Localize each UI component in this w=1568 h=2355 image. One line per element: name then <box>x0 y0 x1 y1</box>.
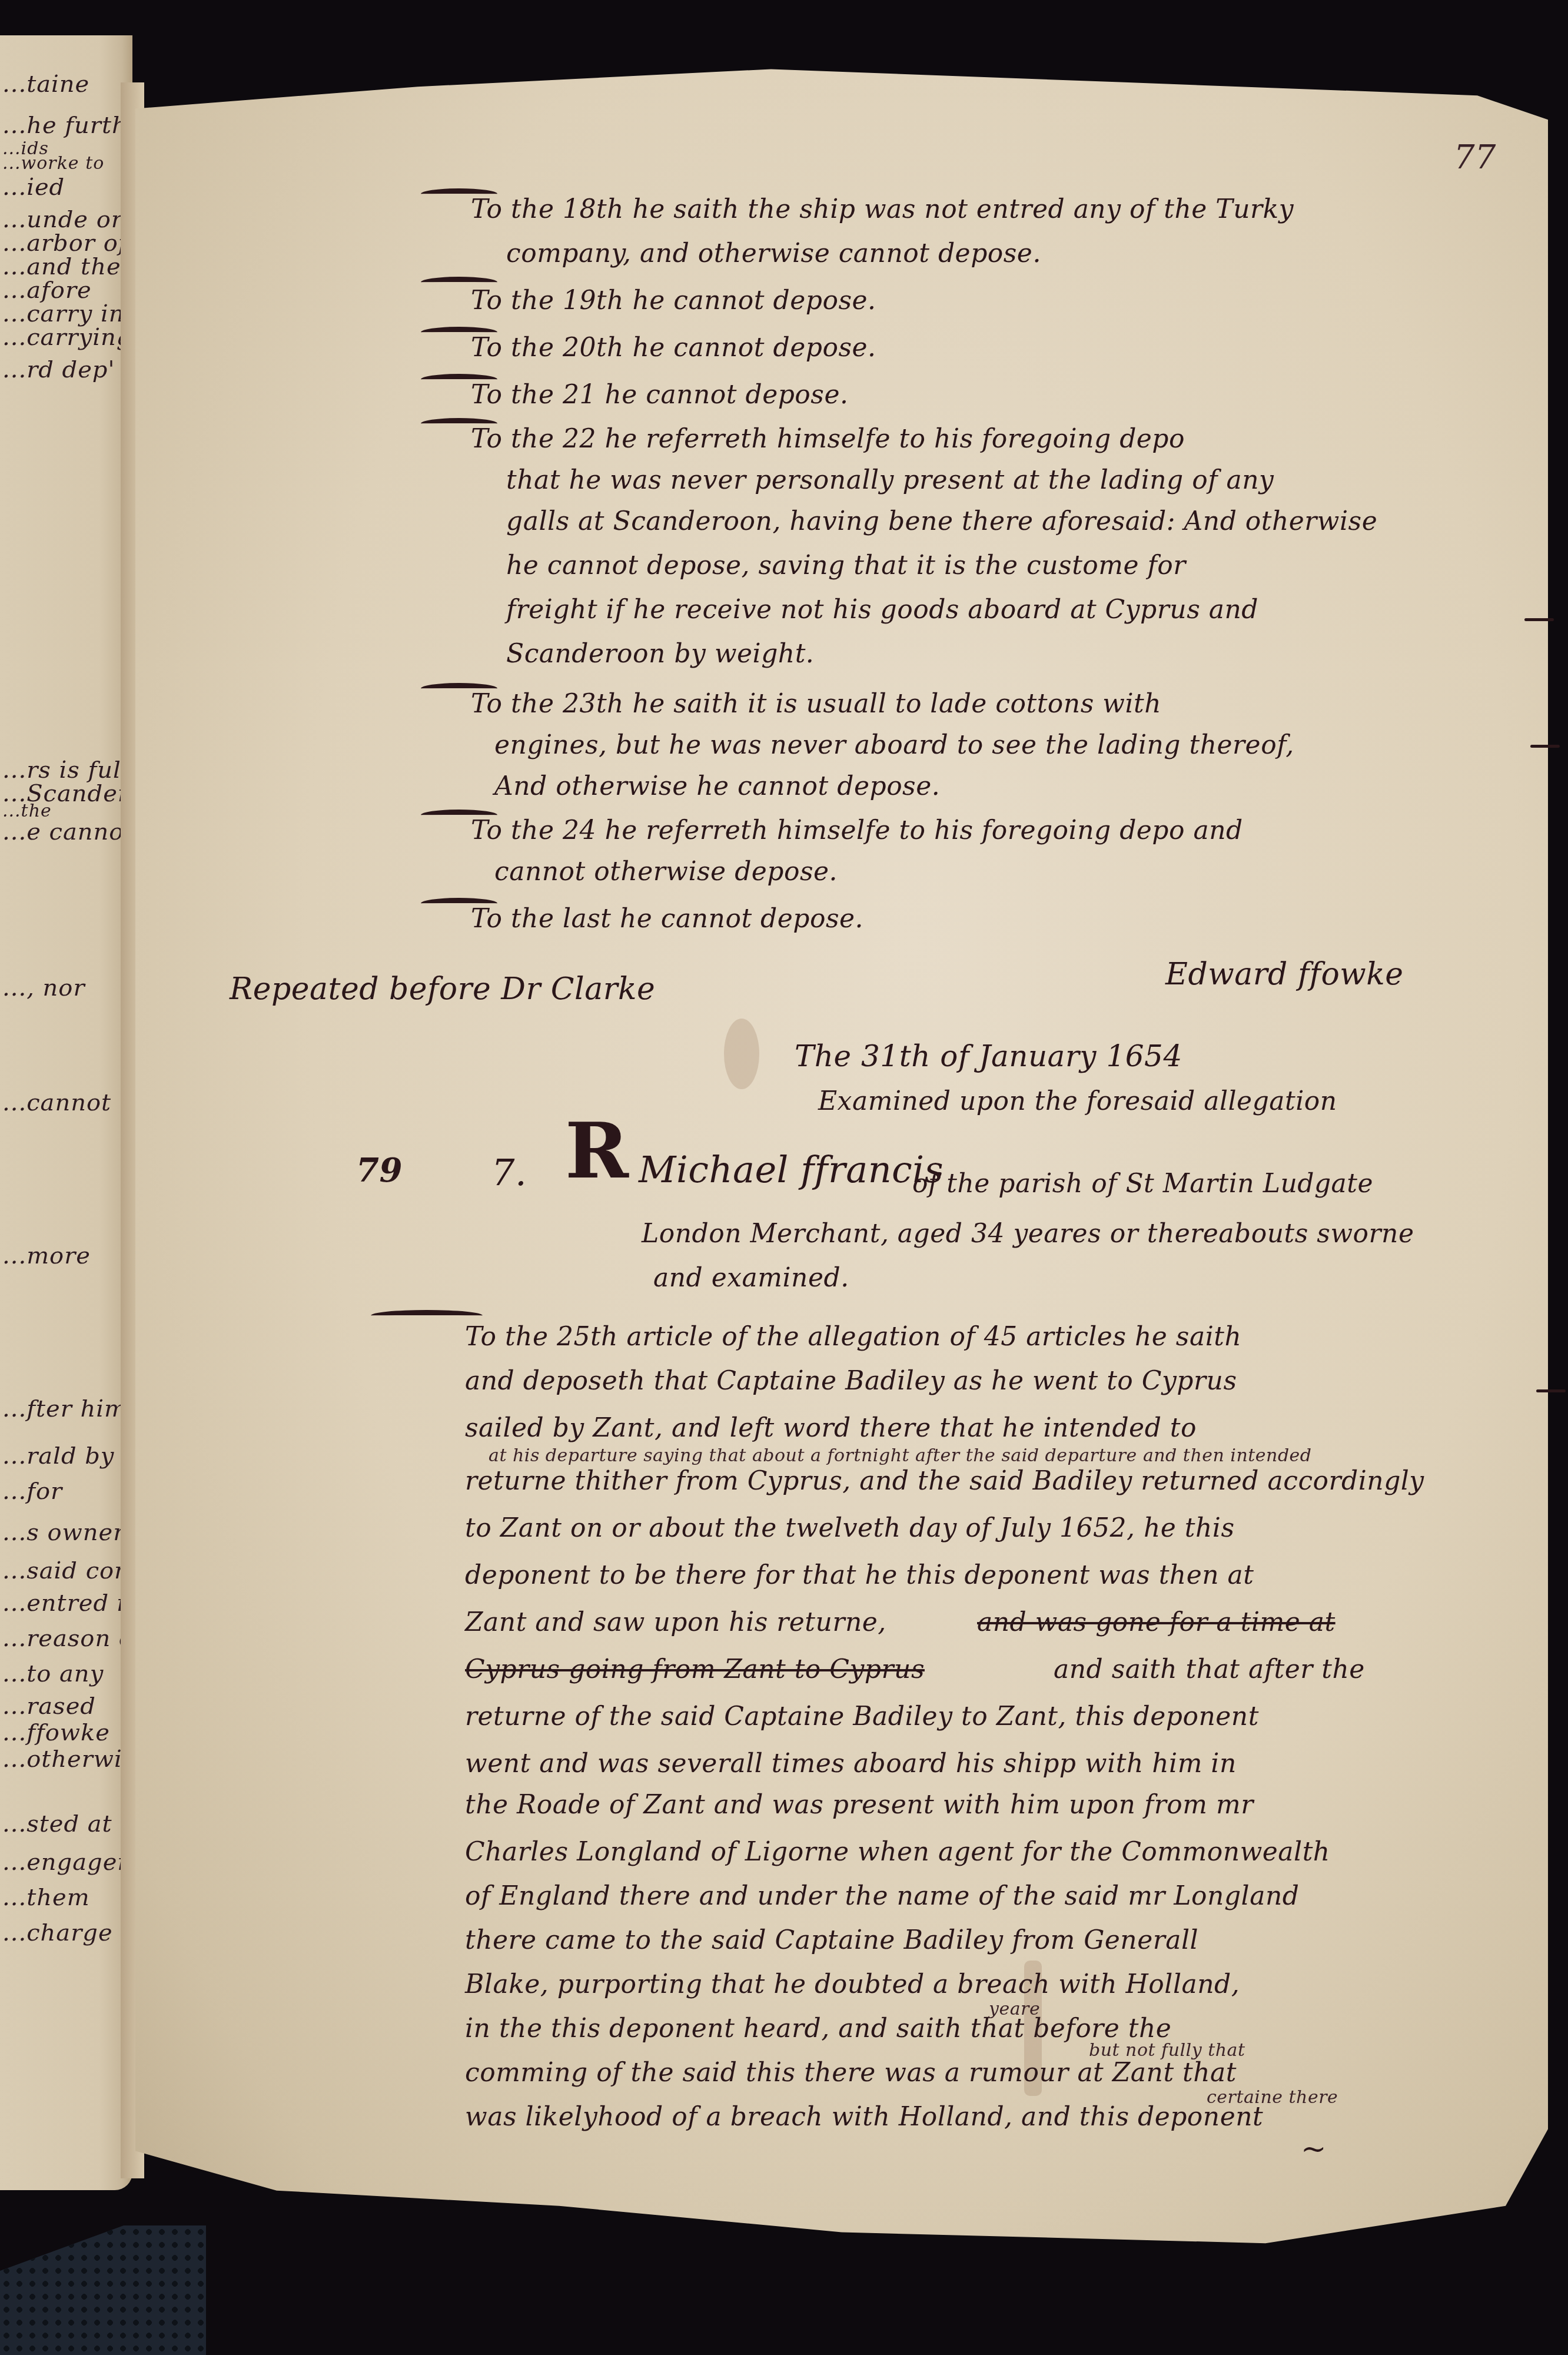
article-25-line-10: went and was severall times aboard his s… <box>465 1749 1237 1779</box>
left-fragment: ...to any <box>2 1660 104 1687</box>
article-25-line-14: there came to the said Captaine Badiley … <box>465 1925 1198 1955</box>
left-fragment: ...for <box>2 1478 62 1505</box>
left-fragment: ...engagement <box>2 1849 132 1876</box>
answer-21: To the 21 he cannot depose. <box>471 380 848 410</box>
left-fragment: ...fter hims <box>2 1395 132 1422</box>
article-25-line-16: in the this deponent heard, and saith th… <box>465 2014 1171 2044</box>
answer-22-line-3: galls at Scanderoon, having bene there a… <box>506 506 1377 536</box>
witness-number: 7. <box>491 1151 527 1194</box>
left-facing-page: ...taine ...he further ...ids ...worke t… <box>0 35 132 2190</box>
answer-23-line-2: engines, but he was never aboard to see … <box>494 730 1294 760</box>
witness-description-2: London Merchant, aged 34 yeares or there… <box>642 1219 1414 1249</box>
answer-22-line-1: To the 22 he referreth himselfe to his f… <box>471 424 1185 454</box>
deponent-signature: Edward ffowke <box>1165 957 1404 992</box>
left-fragment: ...he further <box>2 112 132 139</box>
left-fragment: ...worke to <box>2 153 104 174</box>
line-filler-dash <box>1536 1389 1566 1392</box>
left-fragment: ...s owner <box>2 1519 125 1546</box>
left-fragment: ..., nor <box>2 974 85 1001</box>
answer-18-line-2: company, and otherwise cannot depose. <box>506 238 1041 268</box>
date-heading: The 31th of January 1654 <box>795 1039 1182 1073</box>
paper-stain <box>724 1019 759 1089</box>
article-25-line-11: the Roade of Zant and was present with h… <box>465 1790 1254 1820</box>
article-25-line-2: and deposeth that Captaine Badiley as he… <box>465 1366 1237 1396</box>
article-25-line-1: To the 25th article of the allegation of… <box>465 1322 1241 1352</box>
witness-name: Michael ffrancis <box>639 1148 944 1191</box>
answer-20: To the 20th he cannot depose. <box>471 333 876 363</box>
cloth-background <box>0 2225 206 2355</box>
decorated-initial: R <box>565 1113 629 1189</box>
left-fragment: ...them <box>2 1884 90 1911</box>
article-25-line-18: was likelyhood of a breach with Holland,… <box>465 2102 1263 2132</box>
answer-24-line-2: cannot otherwise depose. <box>494 857 838 887</box>
article-25-line-7-struck: and was gone for a time at <box>977 1607 1336 1637</box>
left-fragment: ...rd dep' <box>2 356 115 383</box>
left-fragment: ...ied <box>2 174 65 201</box>
left-fragment: ...sted at <box>2 1810 112 1837</box>
answer-last: To the last he cannot depose. <box>471 904 863 934</box>
left-fragment: ...more <box>2 1242 91 1269</box>
answer-24-line-1: To the 24 he referreth himselfe to his f… <box>471 815 1243 845</box>
article-25-line-9: returne of the said Captaine Badiley to … <box>465 1701 1259 1732</box>
answer-22-line-6: Scanderoon by weight. <box>506 639 814 669</box>
page-number: 77 <box>1454 138 1496 177</box>
closing-flourish: ~ <box>1301 2131 1327 2167</box>
witness-description-1: of the parish of St Martin Ludgate <box>912 1169 1373 1199</box>
answer-22-line-5: freight if he receive not his goods aboa… <box>506 595 1258 625</box>
answer-23-line-3: And otherwise he cannot depose. <box>494 771 940 801</box>
left-fragment: ...said cont <box>2 1557 132 1584</box>
repeated-before-note: Repeated before Dr Clarke <box>230 971 655 1007</box>
line-filler-dash <box>1530 745 1560 748</box>
left-fragment: ...rased <box>2 1693 96 1720</box>
article-25-line-8-struck: Cyprus going from Zant to Cyprus <box>465 1654 925 1684</box>
article-25-line-17: comming of the said this there was a rum… <box>465 2058 1237 2088</box>
article-25-line-3: sailed by Zant, and left word there that… <box>465 1413 1197 1443</box>
left-fragment: ...e cannot <box>2 818 132 845</box>
article-25-line-6: deponent to be there for that he this de… <box>465 1560 1254 1590</box>
article-25-line-15: Blake, purporting that he doubted a brea… <box>465 1969 1240 1999</box>
answer-23-line-1: To the 23th he saith it is usuall to lad… <box>471 689 1161 719</box>
left-fragment: ...carrying <box>2 324 132 351</box>
examined-upon: Examined upon the foresaid allegation <box>818 1086 1337 1116</box>
witness-description-3: and examined. <box>653 1263 849 1293</box>
article-25-line-4: returne thither from Cyprus, and the sai… <box>465 1466 1424 1496</box>
answer-22-line-4: he cannot depose, saving that it is the … <box>506 550 1186 581</box>
article-25-line-8: and saith that after the <box>1054 1654 1365 1684</box>
left-fragment: ...cannot <box>2 1089 111 1116</box>
left-fragment: ...otherwise <box>2 1746 132 1773</box>
left-fragment: ...entred into <box>2 1590 132 1617</box>
article-25-line-7: Zant and saw upon his returne, <box>465 1607 886 1637</box>
left-fragment: ...ffowke <box>2 1719 110 1746</box>
entry-flourish <box>371 1310 483 1321</box>
margin-mark: 79 <box>356 1151 403 1190</box>
article-25-line-5: to Zant on or about the twelveth day of … <box>465 1513 1234 1543</box>
article-25-line-13: of England there and under the name of t… <box>465 1881 1299 1911</box>
left-fragment: ...charge with <box>2 1919 132 1946</box>
article-25-line-12: Charles Longland of Ligorne when agent f… <box>465 1837 1330 1867</box>
left-fragment: ...rald by <box>2 1442 114 1470</box>
answer-18-line-1: To the 18th he saith the ship was not en… <box>471 194 1294 224</box>
line-filler-dash <box>1524 618 1554 621</box>
left-fragment: ...reason of <box>2 1625 132 1652</box>
answer-19: To the 19th he cannot depose. <box>471 286 876 316</box>
left-fragment: ...taine <box>2 71 89 98</box>
answer-22-line-2: that he was never personally present at … <box>506 465 1274 495</box>
article-25-interlinear-1: at his departure saying that about a for… <box>489 1445 1312 1466</box>
